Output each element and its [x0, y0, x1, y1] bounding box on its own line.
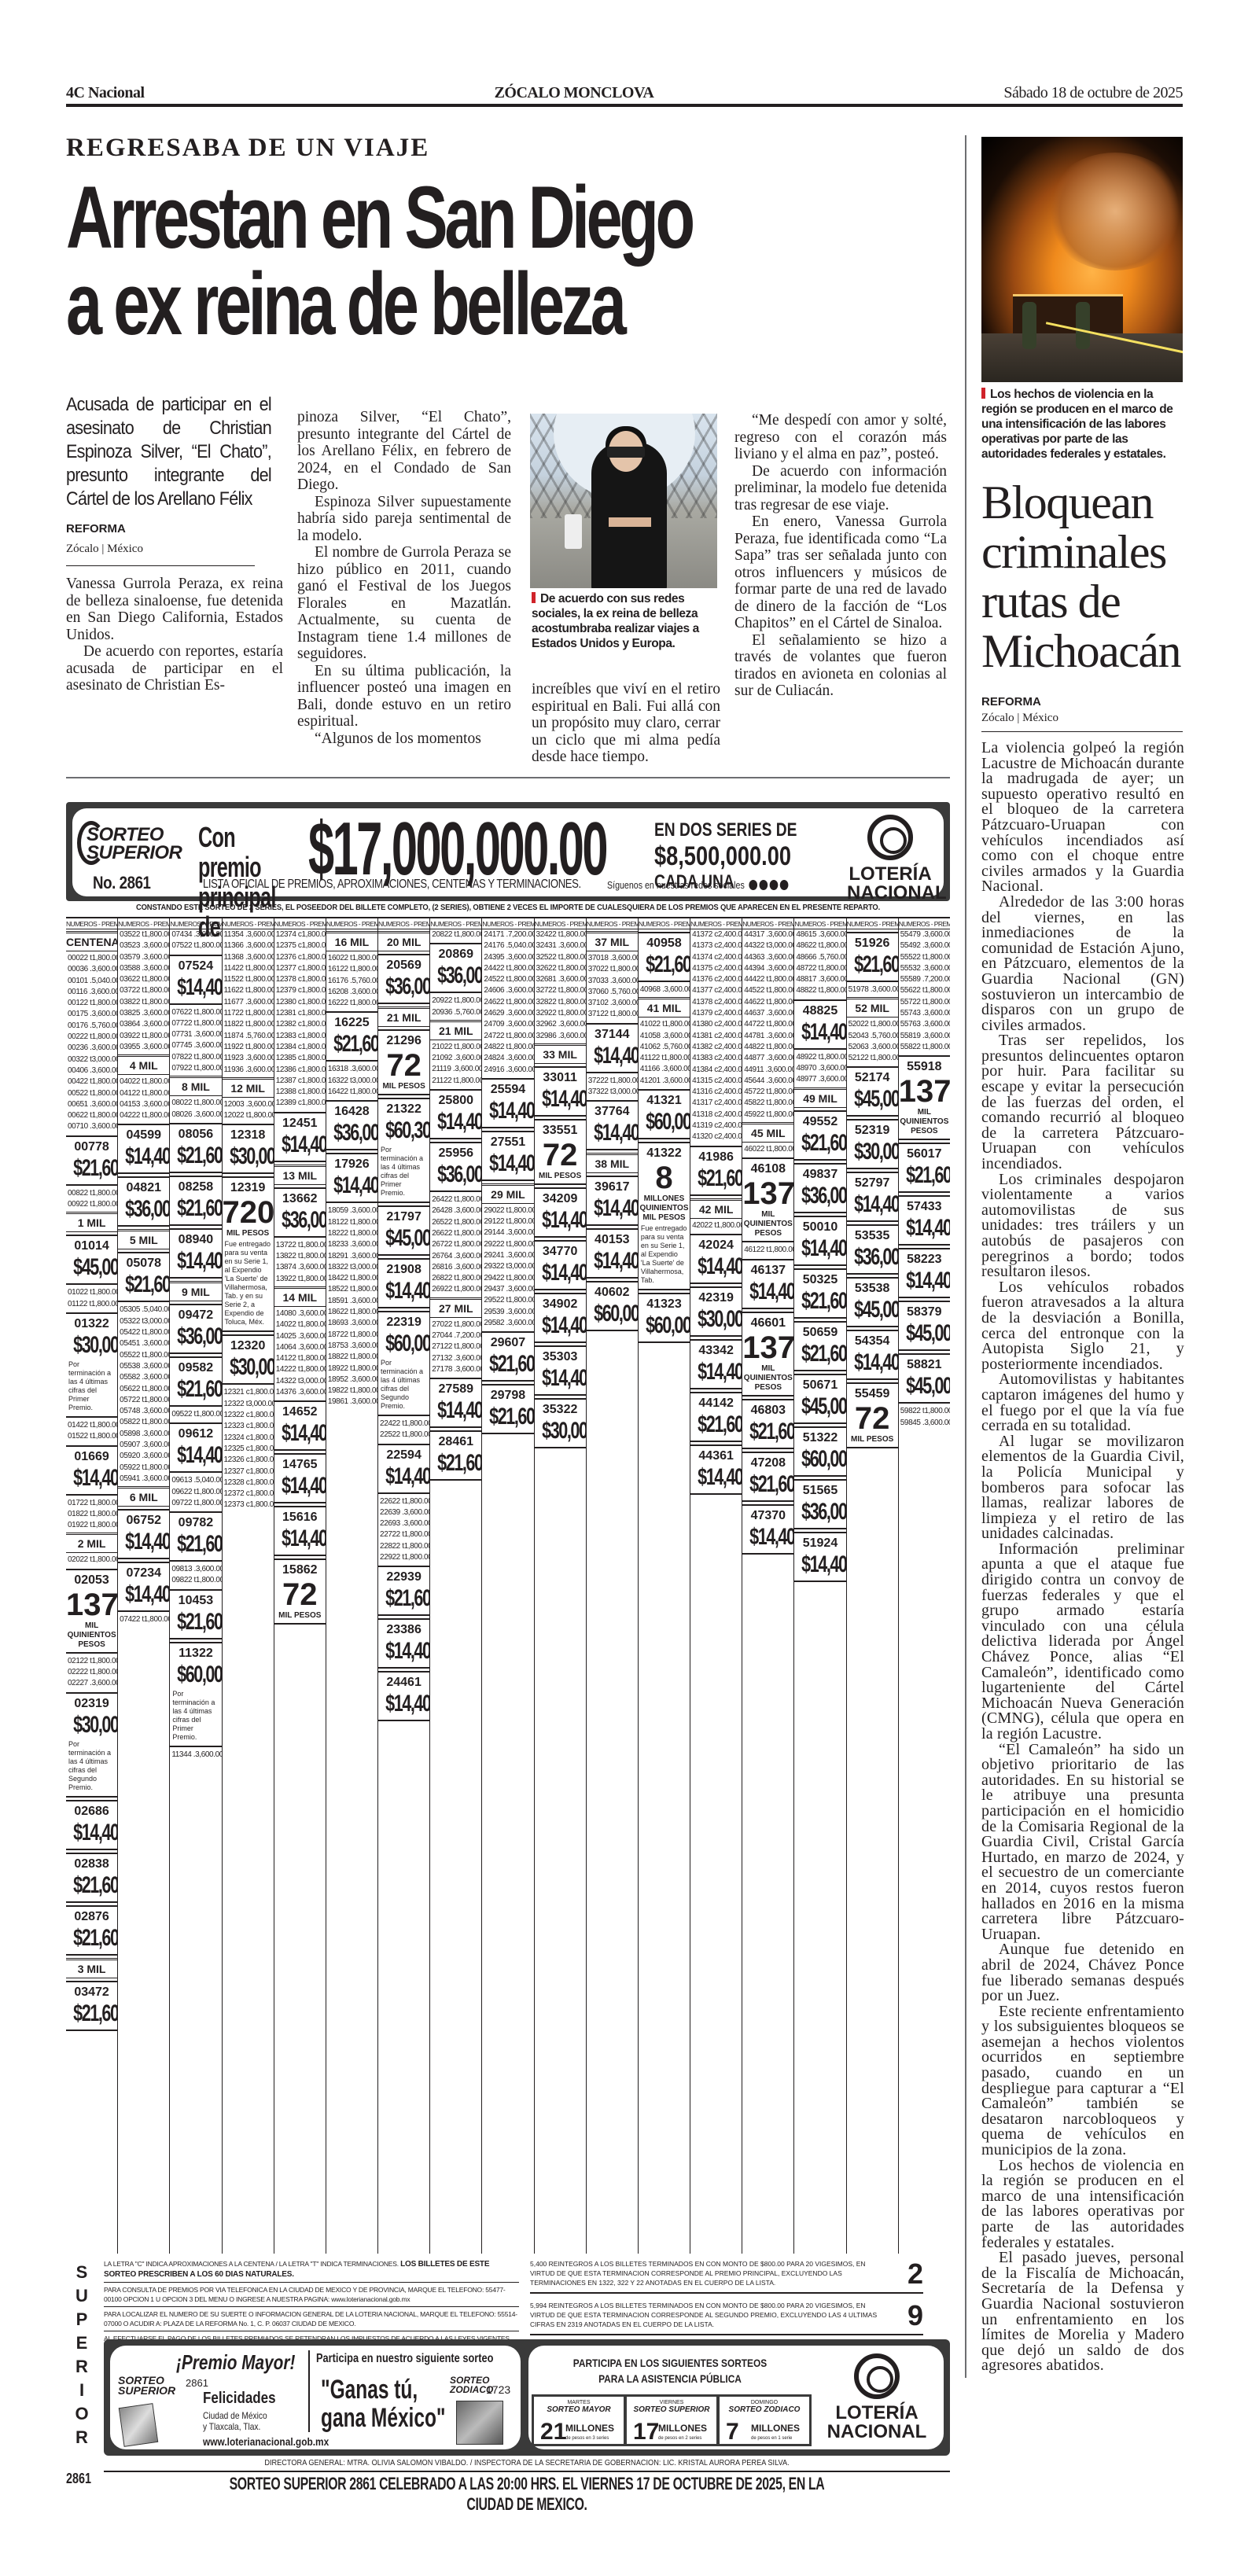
prize-value: $36,000.00: [437, 962, 474, 989]
prize-value: $14,400.00: [177, 974, 214, 1001]
prize-amount: 3,600.00: [300, 1308, 326, 1319]
prize-value: $36,000.00: [282, 1207, 318, 1234]
thousand-section-header: CENTENAS: [66, 931, 117, 951]
prize-value: $21,600.00: [802, 1288, 839, 1315]
column-header: NUMEROS - PREMIOS: [639, 918, 690, 929]
ticket-number: 18122 t: [328, 1217, 352, 1228]
column-divider: [965, 135, 966, 2378]
ticket-number: 21119 .: [432, 1064, 455, 1075]
prize-amount: 3,600.00: [508, 1065, 535, 1076]
prize-ticket-number: 52797: [847, 1176, 898, 1191]
prize-amount: 1,800.00: [249, 1455, 274, 1466]
result-row: 55589 .7,200.00: [899, 974, 950, 985]
featured-prize: 12320$30,000.00: [223, 1334, 274, 1385]
prize-amount: 5,040.00: [92, 976, 119, 987]
result-row: 48977 .3,600.00: [794, 1074, 845, 1085]
prize-ticket-number: 27589: [430, 1382, 481, 1397]
ticket-number: 12324 c: [224, 1433, 250, 1444]
featured-prize: 14652$14,400.00: [274, 1400, 326, 1451]
result-row: 05748 .3,600.00: [118, 1406, 169, 1417]
featured-prize: 25594$14,400.00: [482, 1078, 533, 1128]
thousand-section-header: 5 MIL: [118, 1229, 169, 1249]
premio-mayor-title: ¡Premio Mayor!: [176, 2350, 295, 2375]
result-row: 40968 .3,600.00: [639, 984, 690, 995]
draw-prize-detail: de pesos en 3 series: [565, 2436, 609, 2441]
draw-prize-unit: MILLONES: [565, 2423, 614, 2433]
prize-ticket-number: 08940: [170, 1232, 221, 1248]
featured-prize: 40153$14,400.00: [587, 1228, 638, 1279]
prize-value: $45,000.00: [802, 1393, 839, 1420]
ticket-number: 41062 .: [640, 1042, 664, 1053]
prize-ticket-number: 12319: [223, 1180, 274, 1196]
result-row: 41379 c2,400.00: [690, 1008, 742, 1019]
result-row: 52022 t1,800.00: [847, 1019, 898, 1030]
prize-amount: 1,800.00: [144, 1417, 171, 1428]
prize-amount: 3,600.00: [352, 1064, 378, 1075]
ticket-number: 41383 c: [692, 1053, 718, 1064]
promo-draw-number: 2861: [186, 2377, 208, 2389]
result-row: 00116 .3,600.00: [66, 987, 117, 998]
result-row: 26428 .3,600.00: [430, 1205, 481, 1216]
ticket-number: 11522 t: [224, 974, 248, 985]
prize-amount: 1,800.00: [404, 1541, 431, 1552]
prize-value: $14,400.00: [177, 1248, 214, 1275]
ticket-number: 16208 .: [328, 987, 352, 998]
prize-ticket-number: 17926: [326, 1157, 377, 1172]
result-row: 55492 .3,600.00: [899, 940, 950, 951]
featured-prize: 44142$21,600.00: [690, 1392, 742, 1442]
side-story-rule: [981, 731, 1183, 732]
prize-value: $14,400.00: [282, 1525, 318, 1552]
prize-ticket-number: 25800: [430, 1093, 481, 1109]
prize-amount: 1,800.00: [455, 1076, 482, 1087]
result-row: 11344 .3,600.00: [170, 1750, 221, 1761]
featured-prize: 53535$36,000.00: [847, 1224, 898, 1275]
prize-amount: 1,800.00: [301, 1076, 326, 1087]
prize-amount: 3,600.00: [456, 1205, 483, 1216]
ticket-number: 48615 .: [796, 929, 820, 940]
prize-value: $60,000.00: [646, 1109, 683, 1135]
prize-amount: 1,800.00: [404, 1552, 431, 1563]
prize-ticket-number: 49837: [794, 1167, 845, 1183]
prize-amount: 1,800.00: [92, 1088, 119, 1099]
ticket-number: 37122 t: [588, 1009, 613, 1020]
prize-ticket-number: 06752: [118, 1513, 169, 1529]
ad-banner: SORTEO SUPERIOR No. 2861 Con premio prin…: [66, 802, 950, 901]
prize-amount: 3,600.00: [768, 1008, 795, 1019]
column-header: NUMEROS - PREMIOS: [170, 918, 221, 929]
prize-amount: 3,600.00: [768, 1031, 795, 1042]
prize-ticket-number: 55459: [847, 1386, 898, 1402]
prize-value: $14,400.00: [282, 1473, 318, 1500]
ticket-number: 27022 t: [432, 1319, 456, 1330]
result-row: 05522 t1,800.00: [118, 1350, 169, 1361]
ticket-number: 32722 t: [536, 985, 561, 996]
featured-prize: 27589$14,400.00: [430, 1378, 481, 1428]
prize-ticket-number: 41986: [690, 1150, 742, 1165]
vertical-letter: P: [66, 2308, 98, 2331]
ticket-number: 41377 c: [692, 985, 718, 996]
prize-ticket-number: 10453: [170, 1593, 221, 1609]
ticket-number: 41372 c: [692, 929, 718, 940]
prize-amount: 1,800.00: [300, 1251, 326, 1262]
prize-ticket-number: 29798: [482, 1388, 533, 1404]
result-row: 32922 t1,800.00: [535, 1008, 586, 1019]
prize-value: $60,000.00: [385, 1330, 422, 1357]
prize-amount: 3,600.00: [352, 1374, 378, 1386]
ticket-number: 03722 t: [120, 985, 144, 996]
result-row: 29422 t1,800.00: [482, 1273, 533, 1284]
prize-amount: 1,800.00: [92, 1667, 119, 1678]
result-row: 13874 .3,600.00: [274, 1262, 326, 1273]
result-row: 05582 .3,600.00: [118, 1372, 169, 1383]
featured-prize: 25800$14,400.00: [430, 1089, 481, 1139]
x-icon[interactable]: [759, 880, 768, 890]
thousand-section-header: 29 MIL: [482, 1183, 533, 1204]
prize-amount: 1,800.00: [301, 997, 326, 1008]
ticket-number: 07422 t: [120, 1614, 144, 1625]
prize-amount: 3,600.00: [404, 1507, 431, 1518]
thousand-section-header: 33 MIL: [535, 1043, 586, 1064]
prize-amount: 2,400.00: [718, 1087, 742, 1098]
ticket-number: 00236 .: [68, 1043, 92, 1054]
prize-amount: 3,600.00: [820, 1063, 847, 1074]
featured-prize: 21322$60,300.00Por terminación a las 4 ú…: [378, 1098, 429, 1203]
results-column: NUMEROS - PREMIOS32422 t1,800.0032431 .3…: [535, 918, 587, 2254]
ticket-number: 55589 .: [900, 974, 925, 985]
prize-amount: 1,800.00: [404, 1430, 431, 1441]
result-row: 07745 .3,600.00: [170, 1040, 221, 1051]
prize-ticket-number: 50325: [794, 1272, 845, 1288]
prize-amount: 1,800.00: [924, 1406, 950, 1417]
prize-note: Fue entregado para su venta en su Serie …: [639, 1223, 690, 1286]
prize-value-large: 137: [742, 1177, 793, 1210]
ticket-number: 48970 .: [796, 1063, 820, 1074]
ticket-number: 19822 t: [328, 1386, 352, 1397]
ticket-number: 37322 t: [588, 1087, 613, 1098]
prize-amount: 2,400.00: [718, 1121, 742, 1132]
featured-prize: 08056$21,600.00: [170, 1123, 221, 1173]
ticket-number: 37022 t: [588, 964, 613, 975]
ticket-number: 44877 .: [744, 1053, 768, 1064]
prize-amount: 1,800.00: [768, 974, 795, 985]
prize-value: $14,400.00: [437, 1109, 474, 1135]
paragraph: “El Camaleón” ha sido un objetivo priori…: [981, 1742, 1184, 1943]
ticket-number: 18322 t: [328, 1262, 352, 1273]
prize-note: Por terminación a las 4 últimas cifras d…: [66, 1739, 117, 1794]
prize-value-large: 137: [66, 1588, 117, 1621]
ticket-number: 04022 t: [120, 1076, 144, 1087]
asistencia-publica-title: PARTICIPA EN LOS SIGUIENTES SORTEOSPARA …: [550, 2355, 790, 2386]
ticket-number: 41375 c: [692, 963, 718, 974]
prize-amount: 1,800.00: [456, 1217, 483, 1228]
prize-amount: 3,600.00: [560, 940, 587, 951]
ticket-number: 44781 .: [744, 1031, 768, 1042]
ticket-number: 11722 t: [224, 1008, 248, 1019]
prize-amount: 3,600.00: [144, 1099, 171, 1110]
ticket-number: 27178 .: [432, 1364, 456, 1375]
prize-ticket-number: 14652: [274, 1404, 326, 1420]
ticket-number: 12376 c: [276, 952, 302, 963]
prize-amount: 5,760.00: [456, 1007, 483, 1018]
featured-prize: 04821$36,000.00: [118, 1176, 169, 1227]
ticket-number: 05898 .: [120, 1429, 144, 1440]
prize-amount: 2,400.00: [718, 985, 742, 996]
result-row: 02122 t1,800.00: [66, 1656, 117, 1667]
prize-amount: 1,800.00: [456, 1284, 483, 1295]
ticket-number: 41122 t: [640, 1053, 664, 1064]
prize-amount: 7,200.00: [508, 929, 535, 940]
photo-firefighter: [1022, 302, 1036, 349]
prize-amount: 1,800.00: [612, 1076, 639, 1087]
result-row: 13822 t1,800.00: [274, 1251, 326, 1262]
prize-amount: 1,800.00: [144, 1350, 171, 1361]
result-row: 55743 .3,600.00: [899, 1008, 950, 1019]
prize-amount: 3,600.00: [768, 1076, 795, 1087]
ticket-number: 05920 .: [120, 1451, 144, 1462]
prize-ticket-number: 24461: [378, 1675, 429, 1691]
result-row: 24709 .3,600.00: [482, 1019, 533, 1030]
result-row: 00422 t1,800.00: [66, 1076, 117, 1087]
prize-amount: 1,800.00: [301, 1042, 326, 1053]
reintegros: 5,400 REINTEGROS A LOS BILLETES TERMINAD…: [530, 2257, 923, 2340]
result-row: 55522 t1,800.00: [899, 952, 950, 963]
paragraph: Este reciente enfrentamiento y los subsi…: [981, 2004, 1184, 2158]
vertical-letter: I: [66, 2379, 98, 2402]
result-row: 52063 .3,600.00: [847, 1042, 898, 1053]
result-row: 12383 c1,800.00: [274, 1031, 326, 1042]
prize-amount: 1,800.00: [404, 1496, 431, 1507]
prize-amount: 5,760.00: [247, 1031, 274, 1042]
featured-prize: 33011$14,400.00: [535, 1066, 586, 1117]
column-header: NUMEROS - PREMIOS: [482, 918, 533, 929]
result-row: 18622 t1,800.00: [326, 1307, 377, 1318]
ticket-number: 12326 c: [224, 1455, 250, 1466]
ticket-number: 13874 .: [276, 1262, 300, 1273]
ticket-number: 18222 t: [328, 1228, 352, 1239]
vertical-letter: E: [66, 2331, 98, 2355]
prize-amount: 1,800.00: [508, 1239, 535, 1250]
thousand-section-header: 14 MIL: [274, 1286, 326, 1307]
ticket-number: 41373 c: [692, 940, 718, 951]
newspaper-page: 4C Nacional ZÓCALO MONCLOVA Sábado 18 de…: [66, 0, 1183, 2576]
thousand-section-header: 13 MIL: [274, 1165, 326, 1185]
featured-prize: 29607$21,600.00: [482, 1331, 533, 1382]
result-row: 05907 .3,600.00: [118, 1440, 169, 1451]
prize-amount: 3,600.00: [560, 1031, 587, 1042]
title-line-1: PARTICIPA EN LOS SIGUIENTES SORTEOS: [550, 2355, 790, 2371]
thousand-section-header: 12 MIL: [223, 1077, 274, 1098]
results-column: NUMEROS - PREMIOS44317 .3,600.0044322 t3…: [742, 918, 794, 2254]
prize-amount: 1,800.00: [144, 1395, 171, 1406]
ticket-number: 45922 t: [744, 1110, 768, 1121]
ticket-number: 11923 .: [224, 1053, 248, 1064]
prize-amount: 1,800.00: [301, 929, 326, 940]
facebook-icon[interactable]: [749, 880, 757, 890]
prize-amount: 3,600.00: [820, 974, 847, 985]
ticket-number: 41378 c: [692, 997, 718, 1008]
prize-value: $21,600.00: [125, 1271, 162, 1298]
prize-ticket-number: 12318: [223, 1128, 274, 1143]
result-row: 42022 t1,800.00: [690, 1220, 742, 1231]
ticket-number: 29122 t: [484, 1216, 508, 1227]
prize-amount: 1,800.00: [352, 1228, 378, 1239]
result-row: 05622 t1,800.00: [118, 1384, 169, 1395]
result-row: 12381 c1,800.00: [274, 1008, 326, 1019]
prize-value: $21,600.00: [73, 1872, 110, 1899]
prize-ticket-number: 02319: [66, 1696, 117, 1712]
result-row: 14025 .3,600.00: [274, 1331, 326, 1342]
prize-amount: 3,600.00: [352, 1318, 378, 1329]
photo-midriff: [609, 517, 651, 527]
prize-value: $14,400.00: [854, 1191, 891, 1218]
prize-value: $14,400.00: [594, 1195, 631, 1222]
prize-ticket-number: 04599: [118, 1128, 169, 1143]
featured-prize: 08940$14,400.00: [170, 1228, 221, 1279]
ticket-number: 12381 c: [276, 1008, 302, 1019]
headline-line-1: Arrestan en San Diego: [66, 175, 718, 261]
result-row: 14222 t1,800.00: [274, 1364, 326, 1375]
ticket-number: 41382 c: [692, 1042, 718, 1053]
result-row: 18122 t1,800.00: [326, 1217, 377, 1228]
prize-amount: 1,800.00: [768, 997, 795, 1008]
thousand-section-header: 45 MIL: [742, 1122, 793, 1143]
photo-cup: [565, 514, 582, 549]
featured-prize: 56017$21,600.00: [899, 1143, 950, 1193]
result-row: 12325 c1,800.00: [223, 1444, 274, 1455]
prize-amount: 3,600.00: [352, 1251, 378, 1262]
result-row: 00322 t3,000.00: [66, 1054, 117, 1065]
result-row: 07622 t1,800.00: [170, 1007, 221, 1018]
prize-ticket-number: 07524: [170, 959, 221, 974]
prize-amount: 1,800.00: [352, 1386, 378, 1397]
result-row: 48722 t1,800.00: [794, 963, 845, 974]
result-row: 12377 c1,800.00: [274, 963, 326, 974]
result-row: 41382 c2,400.00: [690, 1042, 742, 1053]
result-row: 16176 .5,760.00: [326, 976, 377, 987]
result-row: 22522 t1,800.00: [378, 1430, 429, 1441]
prize-amount: 3,600.00: [144, 940, 171, 951]
ticket-number: 18922 t: [328, 1363, 352, 1374]
prize-amount: 1,800.00: [872, 1019, 899, 1030]
ticket-number: 32822 t: [536, 997, 561, 1008]
prize-amount: 1,800.00: [820, 1052, 847, 1063]
ticket-number: 13822 t: [276, 1251, 300, 1262]
youtube-icon[interactable]: [780, 880, 789, 890]
ticket-number: 18522 t: [328, 1284, 352, 1295]
ticket-number: 24822 t: [484, 1042, 508, 1053]
prize-amount: 1,800.00: [249, 1466, 274, 1478]
prize-value-unit: MIL QUINIENTOS PESOS: [742, 1364, 793, 1393]
ticket-number: 55819 .: [900, 1031, 925, 1042]
prize-amount: 3,000.00: [352, 1262, 378, 1273]
paragraph: Tras ser repelidos, los presuntos delinc…: [981, 1033, 1184, 1172]
ticket-number: 03955 .: [120, 1042, 144, 1053]
draw-card: MARTESSORTEO MAYOR21MILLONESde pesos en …: [534, 2397, 624, 2444]
prize-ticket-number: 51565: [794, 1483, 845, 1499]
prize-amount: 1,800.00: [91, 1299, 118, 1310]
instagram-icon[interactable]: [769, 880, 778, 890]
ticket-number: 45822 t: [744, 1098, 768, 1109]
prize-amount: 5,040.00: [508, 940, 535, 951]
prize-ticket-number: 34209: [535, 1191, 586, 1207]
featured-prize: 02686$14,400.00: [66, 1800, 117, 1850]
result-row: 41315 c2,400.00: [690, 1076, 742, 1087]
results-column: NUMEROS - PREMIOS12374 c1,800.0012375 c1…: [274, 918, 326, 2254]
ticket-number: 55479 .: [900, 929, 925, 940]
ticket-number: 03922 t: [120, 1031, 144, 1042]
prize-ticket-number: 02686: [66, 1804, 117, 1820]
prize-ticket-number: 39617: [587, 1179, 638, 1195]
caption-marker-icon: [981, 388, 985, 399]
ticket-number: 37222 t: [588, 1076, 613, 1087]
featured-prize: 21908$14,400.00: [378, 1258, 429, 1308]
legal-line: PARA CONSULTA DE PREMIOS POR VIA TELEFON…: [104, 2283, 519, 2307]
social-label: Síguenos en nuestras redes sociales: [607, 879, 745, 891]
result-row: 45822 t1,800.00: [742, 1098, 793, 1109]
column-header: NUMEROS - PREMIOS: [378, 918, 429, 929]
result-row: 37122 t1,800.00: [587, 1009, 638, 1020]
ticket-number: 20936 .: [432, 1007, 456, 1018]
featured-prize: 08258$21,600.00: [170, 1176, 221, 1226]
prize-amount: 2,400.00: [718, 974, 742, 985]
prize-ticket-number: 58821: [899, 1357, 950, 1373]
prize-amount: 3,600.00: [352, 987, 378, 998]
prize-amount: 3,600.00: [92, 1121, 119, 1132]
ticket-number: 01722 t: [68, 1498, 92, 1509]
prize-value: $21,600.00: [73, 2000, 110, 2027]
result-row: 44622 t1,800.00: [742, 997, 793, 1008]
result-row: 48615 .3,600.00: [794, 929, 845, 940]
prize-amount: 3,600.00: [924, 1019, 950, 1030]
ticket-number: 12022 t: [224, 1110, 248, 1121]
ticket-number: 24176 .: [484, 940, 508, 951]
result-row: 00406 .3,600.00: [66, 1065, 117, 1076]
prize-ticket-number: 21322: [378, 1102, 429, 1117]
result-row: 20936 .5,760.00: [430, 1007, 481, 1018]
result-row: 52122 t1,800.00: [847, 1053, 898, 1064]
result-row: 22639 .3,600.00: [378, 1507, 429, 1518]
caption-text: Los hechos de violencia en la región se …: [981, 388, 1173, 461]
prize-amount: 3,600.00: [820, 929, 847, 940]
prize-amount: 3,600.00: [92, 1043, 119, 1054]
ticket-number: 24622 t: [484, 997, 508, 1008]
ticket-number: 41022 t: [640, 1019, 664, 1030]
result-row: 32822 t1,800.00: [535, 997, 586, 1008]
section-label: 4C Nacional: [66, 84, 145, 102]
result-row: 12376 c1,800.00: [274, 952, 326, 963]
ticket-number: 41374 c: [692, 952, 718, 963]
result-row: 12387 c1,800.00: [274, 1076, 326, 1087]
prize-amount: 1,800.00: [144, 1614, 171, 1625]
vertical-letter: U: [66, 2284, 98, 2308]
ticket-number: 18622 t: [328, 1307, 352, 1318]
prize-value-unit: MIL PESOS: [378, 1082, 429, 1091]
prize-ticket-number: 48825: [794, 1003, 845, 1019]
running-header: 4C Nacional ZÓCALO MONCLOVA Sábado 18 de…: [66, 79, 1183, 102]
ticket-number: 03523 .: [120, 940, 144, 951]
prize-ticket-number: 42319: [690, 1290, 742, 1306]
result-row: 13922 t1,800.00: [274, 1274, 326, 1285]
prize-amount: 1,800.00: [248, 1110, 274, 1121]
story-kicker: REGRESABA DE UN VIAJE: [66, 134, 429, 163]
prize-amount: 1,800.00: [560, 997, 587, 1008]
prize-ticket-number: 42024: [690, 1238, 742, 1253]
brand-line-2: NACIONAL: [818, 2423, 936, 2442]
prize-value: $45,000.00: [906, 1320, 943, 1347]
prize-amount: 1,800.00: [92, 1420, 119, 1431]
website-link[interactable]: www.loterianacional.gob.mx: [203, 2435, 329, 2448]
